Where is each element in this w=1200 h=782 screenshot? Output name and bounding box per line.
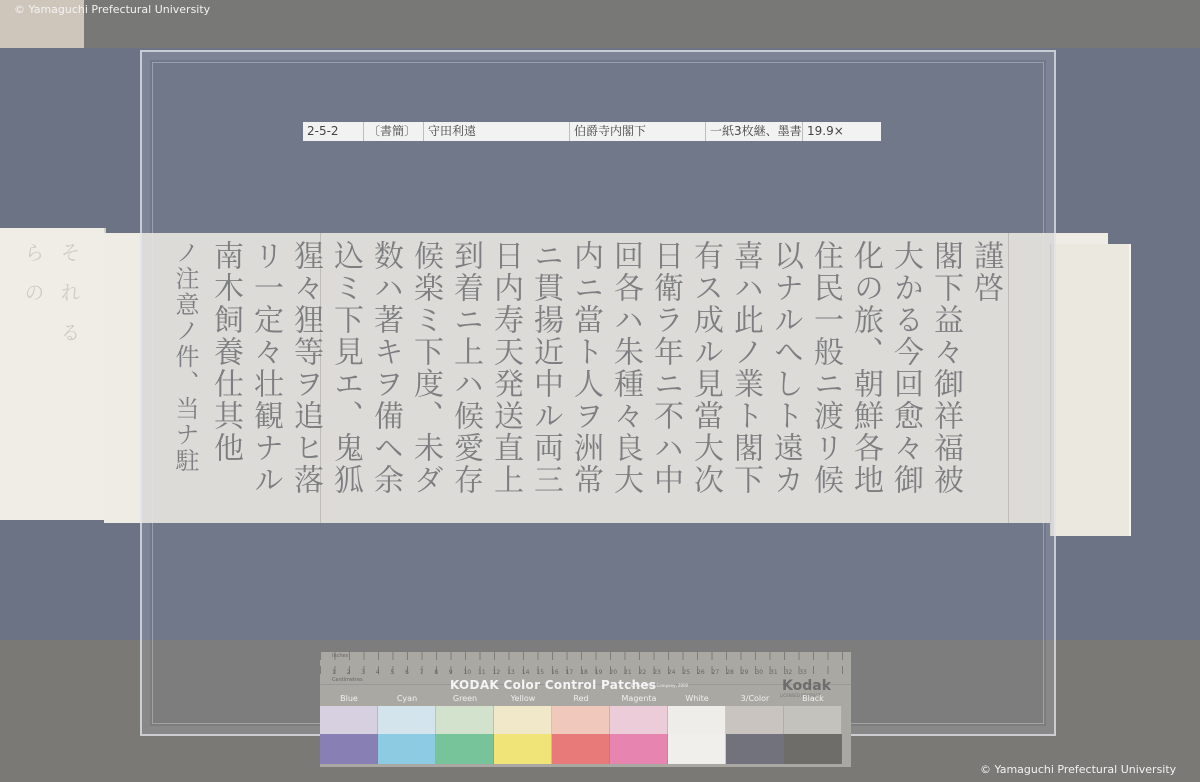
folded-paper-left: そ れ る ら の — [0, 228, 106, 520]
ruler-inches-label: Inches — [332, 653, 348, 659]
ruler-cm-number: 6 — [405, 669, 409, 676]
acrylic-cover-sheet — [140, 50, 1056, 736]
ruler-cm-number: 32 — [785, 669, 793, 676]
light-patch-row — [320, 706, 851, 734]
dark-patch-row — [320, 734, 851, 764]
patch-labels: Blue Cyan Green Yellow Red Magenta White… — [320, 694, 851, 706]
ruler-cm-number: 2 — [347, 669, 351, 676]
color-patch-dark — [726, 734, 784, 764]
patch-label-yellow: Yellow — [494, 694, 552, 706]
ruler-cm-number: 1 — [332, 669, 336, 676]
catalog-author: 守田利遠 — [424, 122, 570, 141]
patch-label-magenta: Magenta — [610, 694, 668, 706]
kodak-logo: Kodak — [782, 678, 831, 694]
ruler-cm-number: 16 — [551, 669, 559, 676]
patch-label-3color: 3/Color — [726, 694, 784, 706]
ruler-cm-number: 14 — [522, 669, 530, 676]
color-patch-dark — [320, 734, 378, 764]
color-card-copyright: © The Tiffen Company, 2000 — [630, 683, 688, 688]
catalog-recipient: 伯爵寺内閣下 — [570, 122, 706, 141]
patch-label-white: White — [668, 694, 726, 706]
color-patch-light — [610, 706, 668, 734]
color-patch-light — [494, 706, 552, 734]
color-patch-light — [552, 706, 610, 734]
ruler-cm-number: 28 — [726, 669, 734, 676]
color-patch-dark — [784, 734, 842, 764]
ruler-cm-number: 30 — [755, 669, 763, 676]
ruler-cm-number: 23 — [653, 669, 661, 676]
ruler-cm-number: 4 — [376, 669, 380, 676]
patch-label-blue: Blue — [320, 694, 378, 706]
ruler-cm-number: 22 — [639, 669, 647, 676]
color-patch-dark — [668, 734, 726, 764]
color-patch-dark — [378, 734, 436, 764]
catalog-size: 19.9× — [803, 122, 881, 141]
ruler-cm-number: 29 — [741, 669, 749, 676]
ruler-cm-number: 17 — [566, 669, 574, 676]
ruler-cm-number: 24 — [668, 669, 676, 676]
color-patch-light — [436, 706, 494, 734]
color-patch-dark — [610, 734, 668, 764]
ruler-cm-number: 25 — [682, 669, 690, 676]
patch-label-green: Green — [436, 694, 494, 706]
color-patch-light — [784, 706, 842, 734]
ruler-cm-number: 9 — [449, 669, 453, 676]
ruler-centimetres-label: Centimetres — [332, 677, 363, 683]
ruler-cm-number: 15 — [536, 669, 544, 676]
copyright-watermark-top: © Yamaguchi Prefectural University — [14, 3, 210, 16]
color-patch-dark — [436, 734, 494, 764]
ruler-cm-number: 19 — [595, 669, 603, 676]
ruler-cm-number: 31 — [770, 669, 778, 676]
color-patch-dark — [552, 734, 610, 764]
bleed-through-text: ら の — [19, 242, 48, 302]
copyright-watermark-bottom: © Yamaguchi Prefectural University — [980, 763, 1176, 776]
patch-label-cyan: Cyan — [378, 694, 436, 706]
ruler-cm-number: 33 — [799, 669, 807, 676]
color-patch-light — [320, 706, 378, 734]
ruler-cm-number: 13 — [507, 669, 515, 676]
catalog-label-strip: 2-5-2 〔書簡〕 守田利遠 伯爵寺内閣下 一紙3枚継、墨書 19.9× — [303, 122, 881, 141]
ruler-cm-number: 11 — [478, 669, 486, 676]
ruler-cm-number: 8 — [434, 669, 438, 676]
ruler-cm-number: 12 — [493, 669, 501, 676]
ruler-cm-number: 26 — [697, 669, 705, 676]
color-patch-dark — [494, 734, 552, 764]
ruler-cm-number: 5 — [390, 669, 394, 676]
color-card-title: KODAK Color Control Patches — [450, 678, 656, 692]
catalog-type: 〔書簡〕 — [364, 122, 424, 141]
catalog-format: 一紙3枚継、墨書 — [706, 122, 803, 141]
catalog-id: 2-5-2 — [303, 122, 364, 141]
ruler-cm-number: 20 — [609, 669, 617, 676]
color-patch-light — [378, 706, 436, 734]
ruler-cm-number: 18 — [580, 669, 588, 676]
acrylic-inner-edge — [152, 62, 1044, 724]
ruler-cm-number: 10 — [463, 669, 471, 676]
ruler-cm-number: 3 — [361, 669, 365, 676]
kodak-color-card: Inches Centimetres 123456789101112131415… — [320, 652, 851, 767]
ruler-cm-number: 7 — [420, 669, 424, 676]
bleed-through-text: そ れ る — [55, 242, 84, 342]
ruler-cm-number: 21 — [624, 669, 632, 676]
patch-label-black: Black — [784, 694, 842, 706]
color-patch-light — [726, 706, 784, 734]
ruler-cm-number: 27 — [712, 669, 720, 676]
color-patch-light — [668, 706, 726, 734]
folded-paper-right — [1050, 244, 1131, 536]
patch-label-red: Red — [552, 694, 610, 706]
